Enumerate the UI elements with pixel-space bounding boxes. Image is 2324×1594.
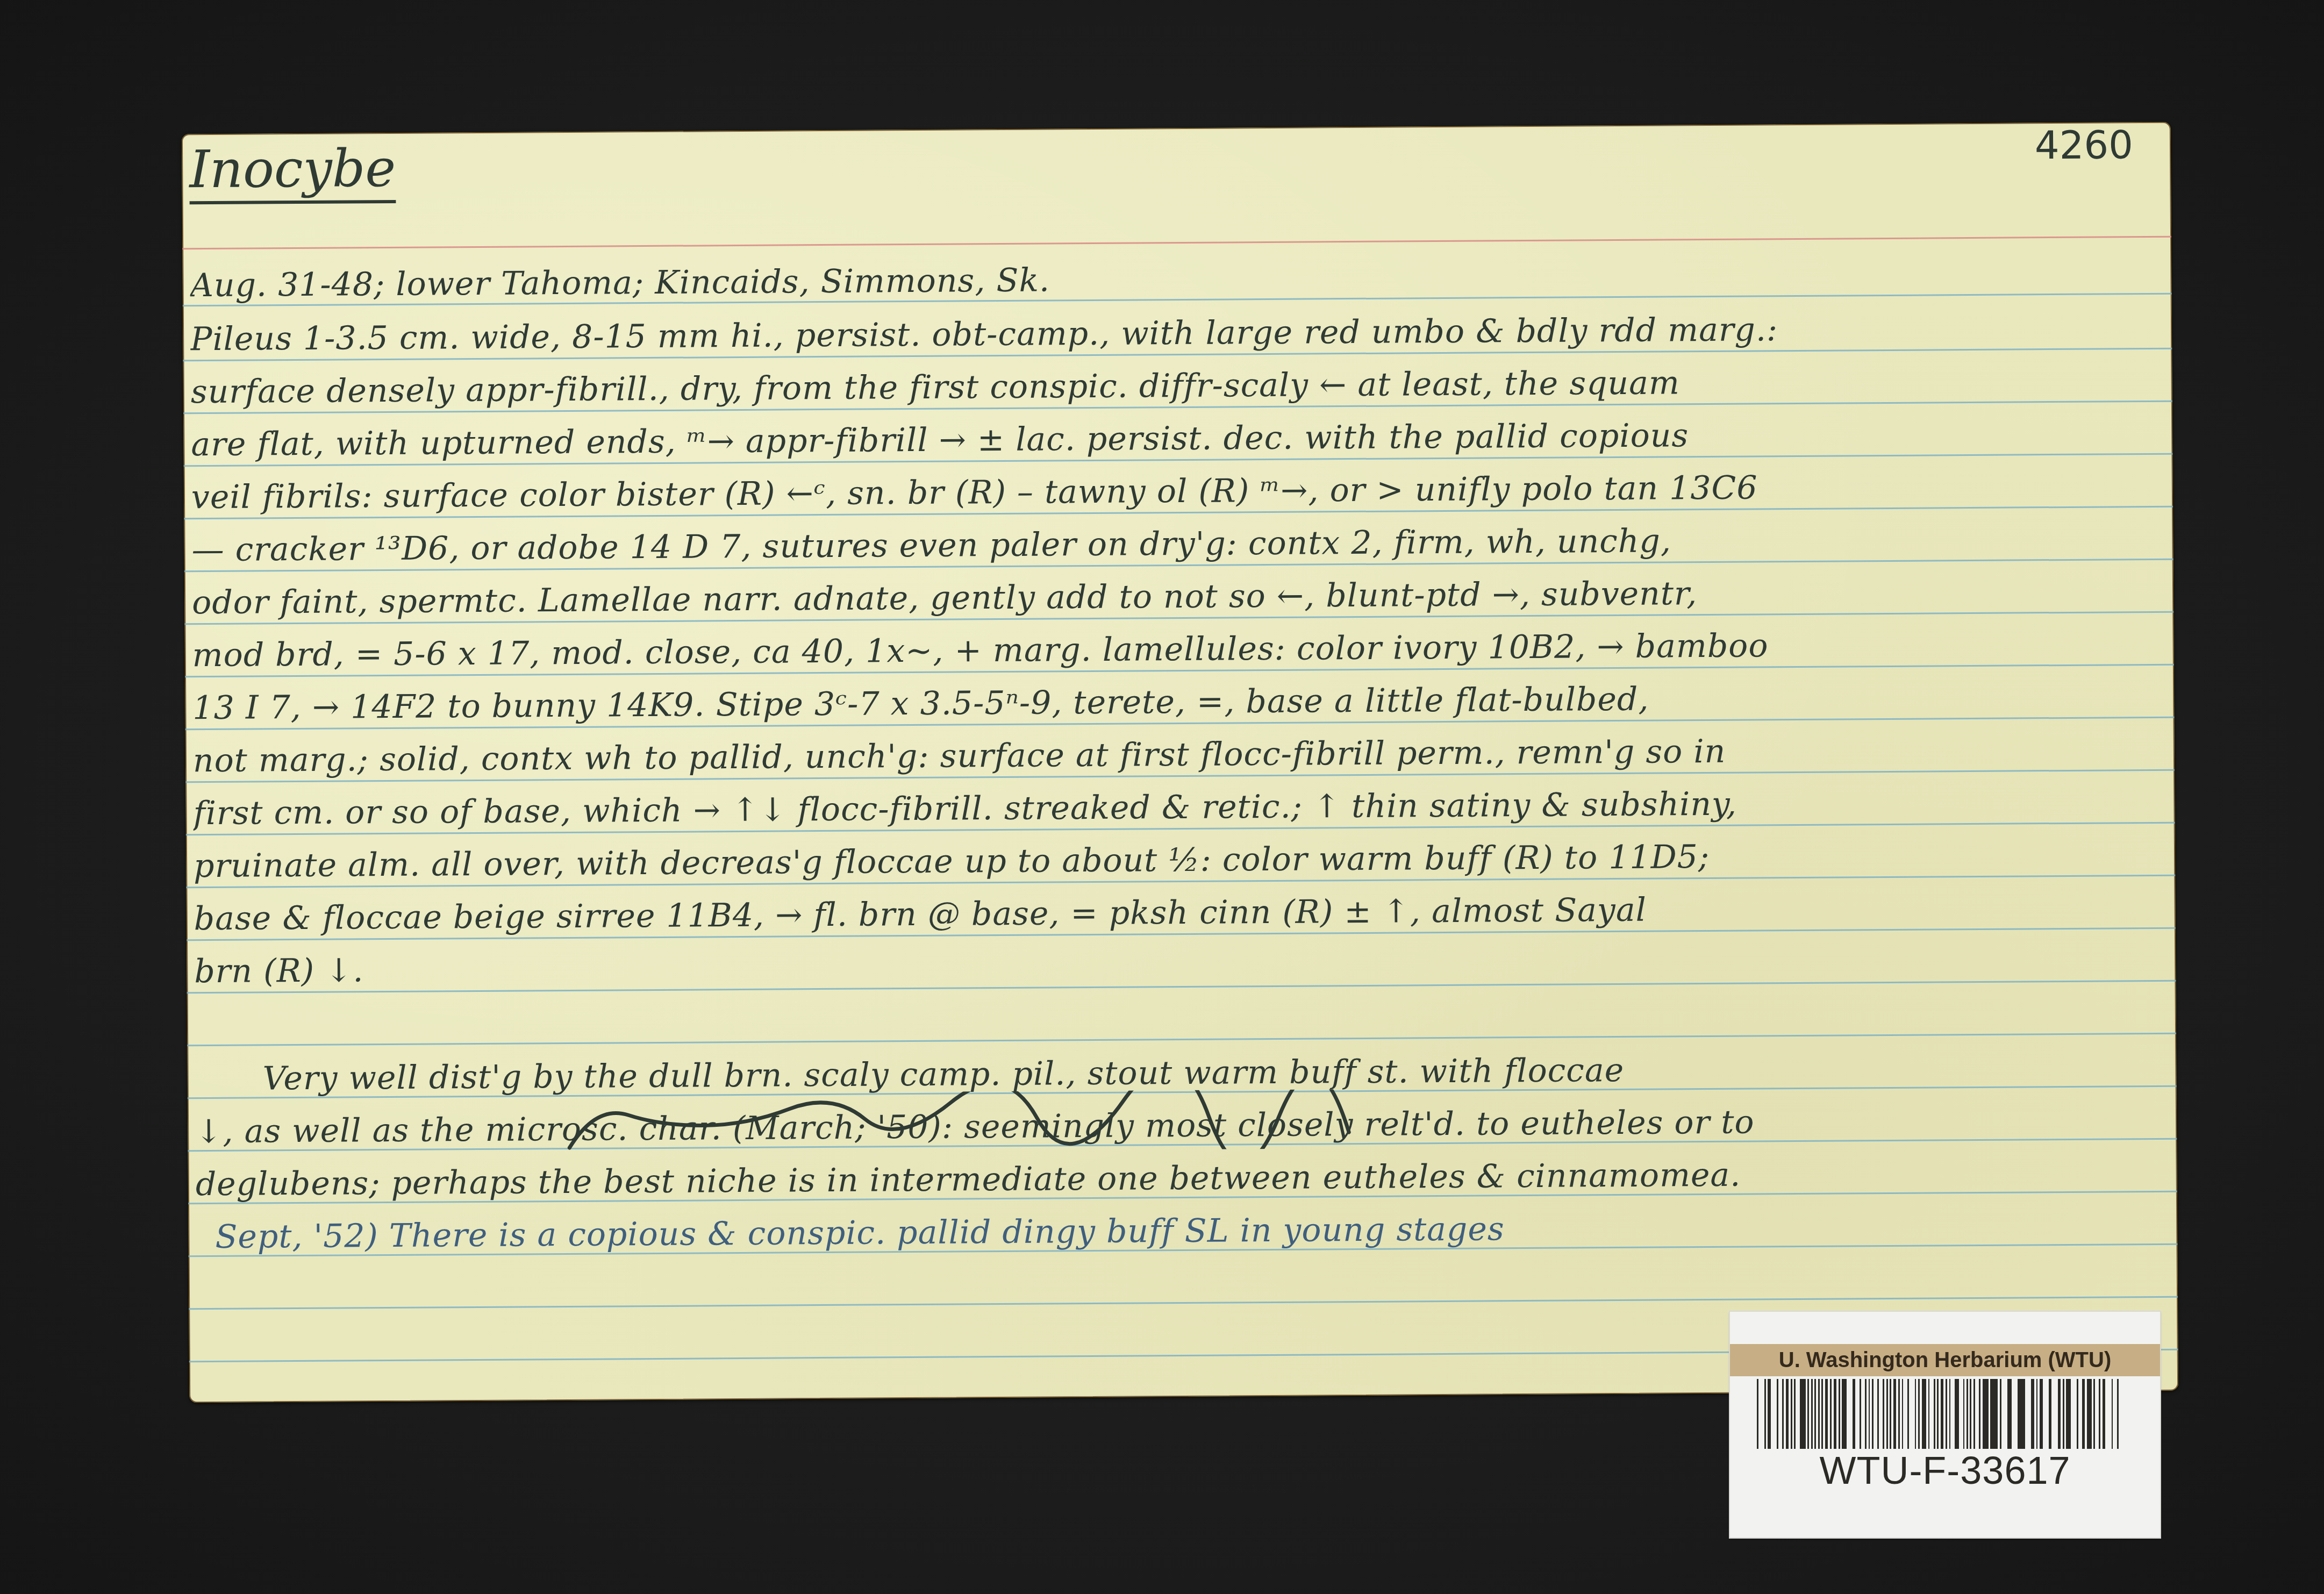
- description-line: mod brd, = 5-6 x 17, mod. close, ca 40, …: [192, 622, 2158, 677]
- description-line: Pileus 1-3.5 cm. wide, 8-15 mm hi., pers…: [190, 306, 2156, 361]
- index-card: Inocybe 4260 Aug. 31-48; lower Tahoma; K…: [182, 122, 2178, 1403]
- description-line: not marg.; solid, contx wh to pallid, un…: [193, 727, 2158, 782]
- description-line: 13 I 7, → 14F2 to bunny 14K9. Stipe 3ᶜ-7…: [192, 675, 2158, 730]
- description-line: veil fibrils: surface color bister (R) ←…: [191, 464, 2157, 519]
- addendum-line: Sept, '52) There is a copious & conspic.…: [215, 1206, 1693, 1259]
- blue-rule: [189, 1296, 2178, 1310]
- discussion-line: deglubens; perhaps the best niche is in …: [196, 1151, 2161, 1206]
- description-line: surface densely appr-fibrill., dry, from…: [191, 359, 2156, 413]
- collection-line: Aug. 31-48; lower Tahoma; Kincaids, Simm…: [190, 252, 2155, 307]
- discussion-line: Very well dist'g by the dull brn. scaly …: [262, 1046, 2160, 1100]
- red-header-rule: [182, 236, 2171, 250]
- discussion-line: ↓, as well as the microsc. char. (March;…: [195, 1098, 2161, 1153]
- description-line: first cm. or so of base, which → ↑↓ floc…: [193, 780, 2158, 835]
- barcode: [1757, 1379, 2122, 1449]
- description-line: odor faint, spermtc. Lamellae narr. adna…: [192, 569, 2157, 624]
- description-line: pruinate alm. all over, with decreas'g f…: [194, 833, 2159, 888]
- genus-heading: Inocybe: [189, 138, 396, 199]
- description-line: are flat, with upturned ends, ᵐ→ appr-fi…: [191, 411, 2156, 466]
- description-line: brn (R) ↓.: [194, 938, 2159, 993]
- blue-rule: [187, 1033, 2176, 1047]
- institution-name: U. Washington Herbarium (WTU): [1730, 1344, 2160, 1376]
- description-line: base & floccae beige sirree 11B4, → fl. …: [194, 885, 2159, 940]
- card-number: 4260: [2035, 122, 2134, 168]
- description-line: — cracker ¹³D6, or adobe 14 D 7, sutures…: [191, 517, 2157, 571]
- herbarium-barcode-label: U. Washington Herbarium (WTU) WTU-F-3361…: [1730, 1312, 2160, 1538]
- specimen-id: WTU-F-33617: [1730, 1449, 2160, 1493]
